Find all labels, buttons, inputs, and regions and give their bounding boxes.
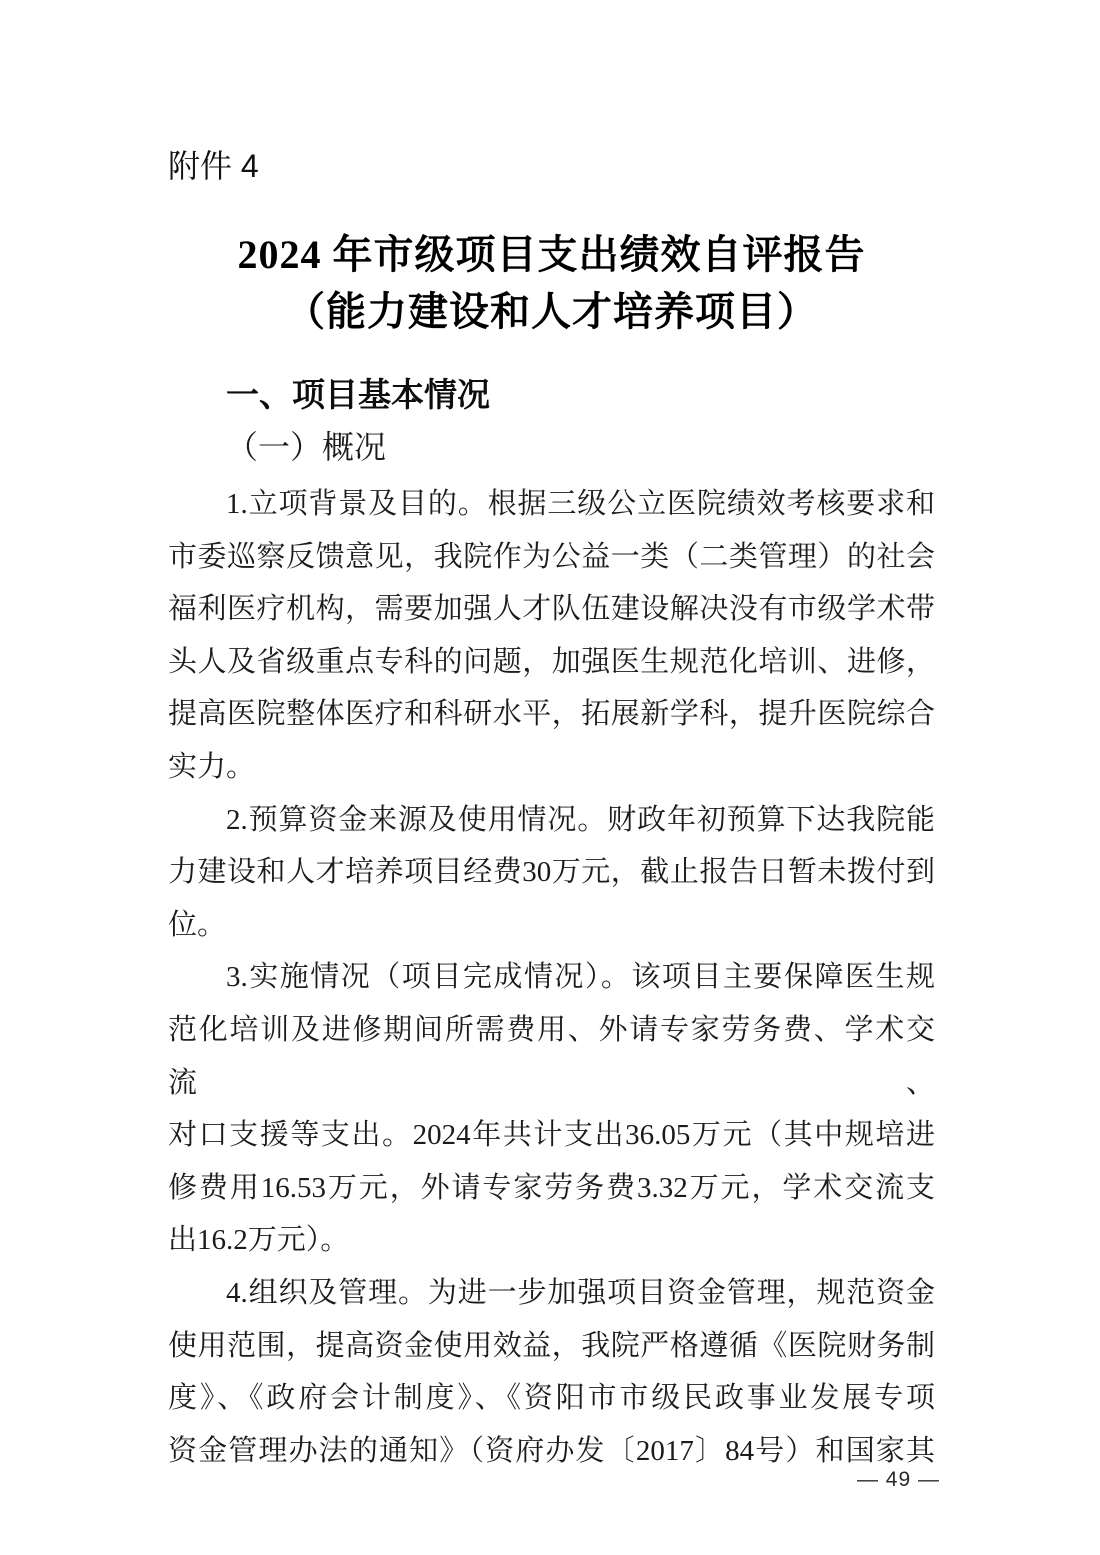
document-title: 2024 年市级项目支出绩效自评报告 （能力建设和人才培养项目） xyxy=(168,226,935,340)
attachment-label: 附件 4 xyxy=(168,148,935,184)
body-line: 头人及省级重点专科的问题，加强医生规范化培训、进修， xyxy=(168,636,935,689)
body-line: 出16.2万元）。 xyxy=(168,1214,935,1267)
body-line: 位。 xyxy=(168,899,935,952)
body-line: 实力。 xyxy=(168,741,935,794)
body-line: 修费用16.53万元，外请专家劳务费3.32万元，学术交流支 xyxy=(168,1162,935,1215)
body-line: 对口支援等支出。2024年共计支出36.05万元（其中规培进 xyxy=(168,1109,935,1162)
body-line: 2.预算资金来源及使用情况。财政年初预算下达我院能 xyxy=(168,794,935,847)
section-heading: 一、项目基本情况 xyxy=(168,376,935,414)
body-line: 市委巡察反馈意见，我院作为公益一类（二类管理）的社会 xyxy=(168,531,935,584)
body-lines: 1.立项背景及目的。根据三级公立医院绩效考核要求和市委巡察反馈意见，我院作为公益… xyxy=(168,478,935,1477)
subsection-heading: （一）概况 xyxy=(168,428,935,466)
body-line: 1.立项背景及目的。根据三级公立医院绩效考核要求和 xyxy=(168,478,935,531)
body-line: 使用范围，提高资金使用效益，我院严格遵循《医院财务制 xyxy=(168,1320,935,1373)
body-line: 3.实施情况（项目完成情况）。该项目主要保障医生规 xyxy=(168,951,935,1004)
body-line: 力建设和人才培养项目经费30万元，截止报告日暂未拨付到 xyxy=(168,846,935,899)
document-title-line1: 2024 年市级项目支出绩效自评报告 xyxy=(168,226,935,283)
document-content: 附件 4 2024 年市级项目支出绩效自评报告 （能力建设和人才培养项目） 一、… xyxy=(168,0,935,1477)
body-line: 提高医院整体医疗和科研水平，拓展新学科，提升医院综合 xyxy=(168,688,935,741)
document-page: 附件 4 2024 年市级项目支出绩效自评报告 （能力建设和人才培养项目） 一、… xyxy=(0,0,1100,1555)
body-line: 福利医疗机构，需要加强人才队伍建设解决没有市级学术带 xyxy=(168,583,935,636)
body-line: 资金管理办法的通知》（资府办发〔2017〕84号）和国家其 xyxy=(168,1425,935,1478)
body-line: 度》、《政府会计制度》、《资阳市市级民政事业发展专项 xyxy=(168,1372,935,1425)
document-title-line2: （能力建设和人才培养项目） xyxy=(168,283,935,340)
body-line: 4.组织及管理。为进一步加强项目资金管理，规范资金 xyxy=(168,1267,935,1320)
footer-page-number: — 49 — xyxy=(857,1468,940,1492)
body-line: 范化培训及进修期间所需费用、外请专家劳务费、学术交流、 xyxy=(168,1004,935,1109)
